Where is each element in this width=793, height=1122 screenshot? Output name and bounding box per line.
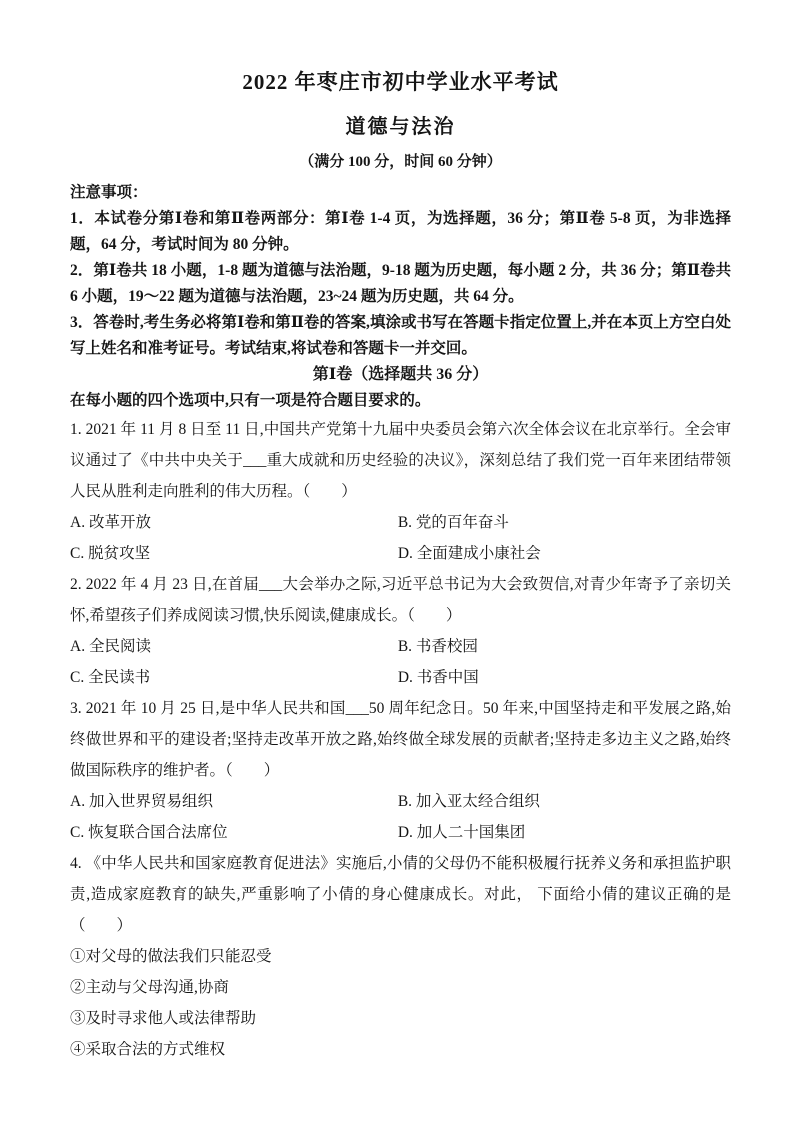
exam-paper-page: 2022 年枣庄市初中学业水平考试 道德与法治 （满分 100 分，时间 60 … (0, 0, 793, 1122)
question-text: 1. 2021 年 11 月 8 日至 11 日,中国共产党第十九届中央委员会第… (70, 414, 731, 507)
question-4: 4. 《中华人民共和国家庭教育促进法》实施后,小倩的父母仍不能积极履行抚养义务和… (70, 848, 731, 1065)
subitem-2: ②主动与父母沟通,协商 (70, 972, 731, 1003)
notice-item-3: 3．答卷时,考生务必将第Ⅰ卷和第Ⅱ卷的答案,填涂或书写在答题卡指定位置上,并在本… (70, 310, 731, 362)
question-text: 4. 《中华人民共和国家庭教育促进法》实施后,小倩的父母仍不能积极履行抚养义务和… (70, 848, 731, 941)
option-b: B. 书香校园 (398, 631, 731, 662)
section-heading: 第Ⅰ卷（选择题共 36 分） (70, 362, 731, 388)
subitem-3: ③及时寻求他人或法律帮助 (70, 1003, 731, 1034)
question-3-options: A. 加入世界贸易组织 B. 加入亚太经合组织 C. 恢复联合国合法席位 D. … (70, 786, 731, 848)
subject-title: 道德与法治 (70, 115, 731, 139)
question-1: 1. 2021 年 11 月 8 日至 11 日,中国共产党第十九届中央委员会第… (70, 414, 731, 569)
notice-item-2: 2．第Ⅰ卷共 18 小题，1-8 题为道德与法治题，9-18 题为历史题，每小题… (70, 258, 731, 310)
page-title: 2022 年枣庄市初中学业水平考试 (70, 68, 731, 96)
question-2-options: A. 全民阅读 B. 书香校园 C. 全民读书 D. 书香中国 (70, 631, 731, 693)
page-content: 2022 年枣庄市初中学业水平考试 道德与法治 （满分 100 分，时间 60 … (0, 0, 793, 1065)
option-a: A. 改革开放 (70, 507, 398, 538)
option-c: C. 恢复联合国合法席位 (70, 817, 398, 848)
option-a: A. 加入世界贸易组织 (70, 786, 398, 817)
question-1-options: A. 改革开放 B. 党的百年奋斗 C. 脱贫攻坚 D. 全面建成小康社会 (70, 507, 731, 569)
section-instruction: 在每小题的四个选项中,只有一项是符合题目要求的。 (70, 388, 731, 414)
notice-block: 注意事项： 1．本试卷分第Ⅰ卷和第Ⅱ卷两部分：第Ⅰ卷 1-4 页，为选择题，36… (70, 180, 731, 362)
subitem-1: ①对父母的做法我们只能忍受 (70, 941, 731, 972)
notice-label: 注意事项： (70, 180, 731, 206)
option-d: D. 书香中国 (398, 662, 731, 693)
option-d: D. 全面建成小康社会 (398, 538, 731, 569)
option-d: D. 加人二十国集团 (398, 817, 731, 848)
question-3: 3. 2021 年 10 月 25 日,是中华人民共和国___50 周年纪念日。… (70, 693, 731, 848)
questions-area: 1. 2021 年 11 月 8 日至 11 日,中国共产党第十九届中央委员会第… (70, 414, 731, 1065)
option-b: B. 加入亚太经合组织 (398, 786, 731, 817)
question-text: 2. 2022 年 4 月 23 日,在首届___大会举办之际,习近平总书记为大… (70, 569, 731, 631)
score-time-meta: （满分 100 分，时间 60 分钟） (70, 152, 731, 172)
question-2: 2. 2022 年 4 月 23 日,在首届___大会举办之际,习近平总书记为大… (70, 569, 731, 693)
option-c: C. 脱贫攻坚 (70, 538, 398, 569)
question-text: 3. 2021 年 10 月 25 日,是中华人民共和国___50 周年纪念日。… (70, 693, 731, 786)
option-c: C. 全民读书 (70, 662, 398, 693)
option-b: B. 党的百年奋斗 (398, 507, 731, 538)
notice-item-1: 1．本试卷分第Ⅰ卷和第Ⅱ卷两部分：第Ⅰ卷 1-4 页，为选择题，36 分；第Ⅱ卷… (70, 206, 731, 258)
option-a: A. 全民阅读 (70, 631, 398, 662)
subitem-4: ④采取合法的方式维权 (70, 1034, 731, 1065)
